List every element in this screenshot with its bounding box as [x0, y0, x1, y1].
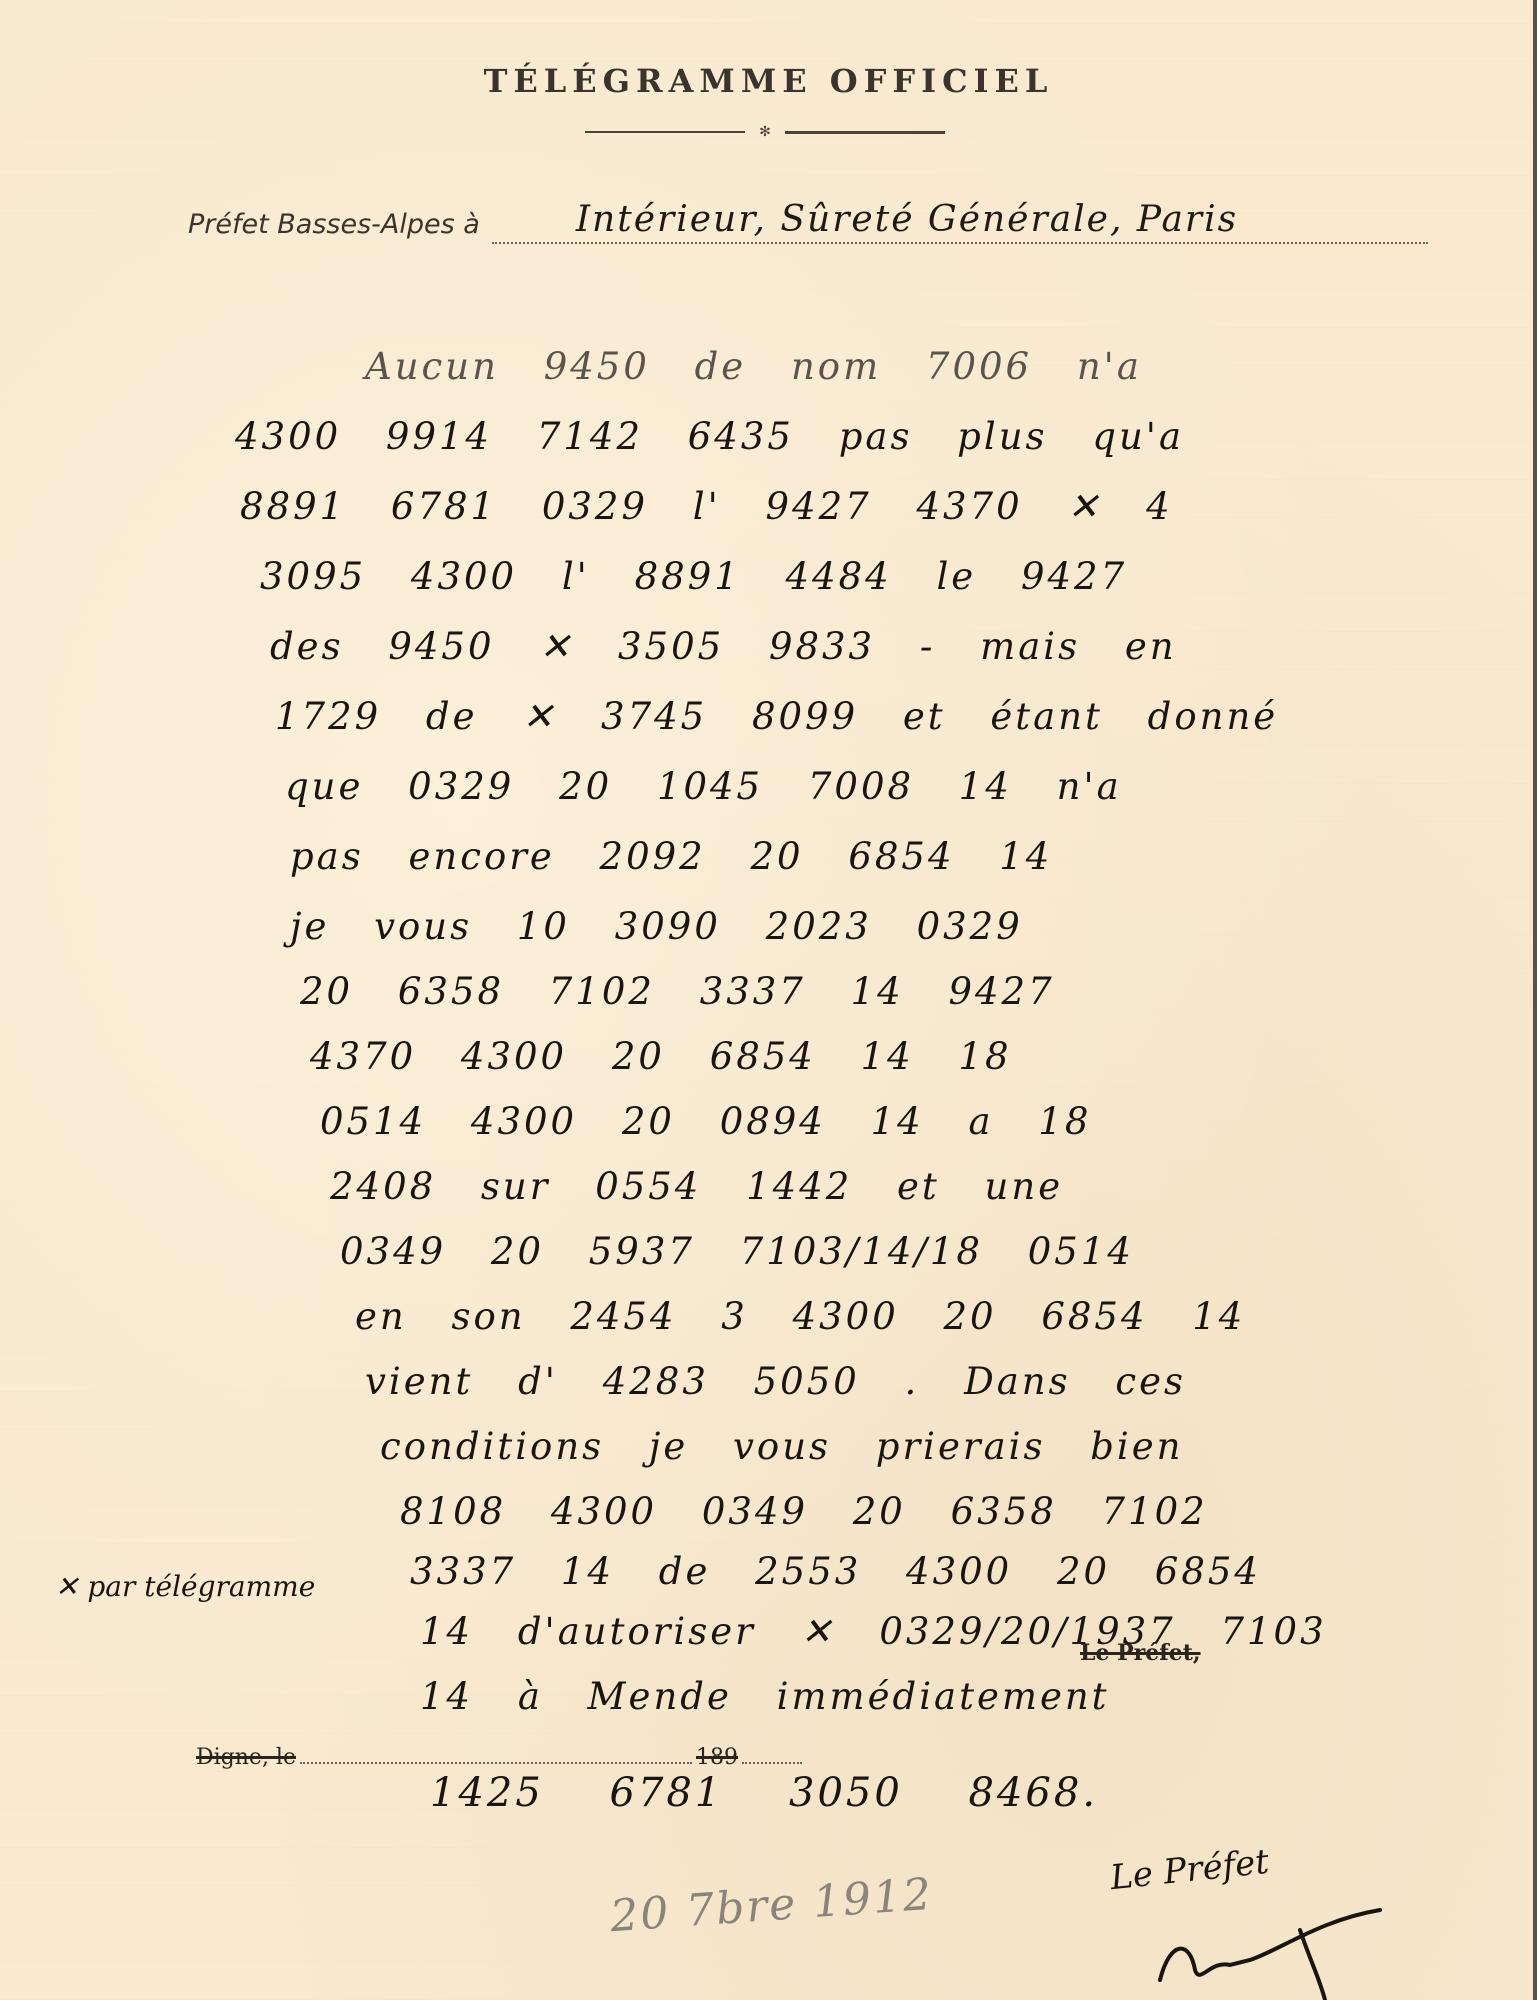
place-date-row: Digne, le 189: [196, 1740, 806, 1770]
divider-rule-right: [785, 131, 945, 134]
page-edge: [1533, 0, 1537, 2000]
form-title: TÉLÉGRAMME OFFICIEL: [0, 62, 1537, 100]
message-line: 8108 4300 0349 20 6358 7102: [400, 1490, 1208, 1533]
signature-icon: [1150, 1900, 1390, 2000]
message-line: je vous 10 3090 2023 0329: [290, 905, 1023, 948]
closing-cipher-groups: 1425 6781 3050 8468.: [430, 1770, 1098, 1816]
printed-signature-label-struck: Le Préfet,: [1080, 1640, 1201, 1666]
dotted-leader: [300, 1762, 692, 1764]
message-line: que 0329 20 1045 7008 14 n'a: [285, 765, 1122, 808]
message-line: 0349 20 5937 7103/14/18 0514: [340, 1230, 1134, 1273]
signature-title: Le Préfet: [1108, 1842, 1270, 1898]
recipient-field: Intérieur, Sûreté Générale, Paris: [492, 198, 1428, 244]
message-line: des 9450 ✕ 3505 9833 - mais en: [270, 625, 1177, 668]
message-line: 1729 de ✕ 3745 8099 et étant donné: [275, 695, 1278, 738]
message-line: 20 6358 7102 3337 14 9427: [300, 970, 1055, 1013]
message-line: 2408 sur 0554 1442 et une: [330, 1165, 1063, 1208]
message-line: 8891 6781 0329 l' 9427 4370 ✕ 4: [240, 485, 1173, 528]
message-line: 14 à Mende immédiatement: [420, 1675, 1110, 1718]
recipient-handwritten: Intérieur, Sûreté Générale, Paris: [576, 199, 1238, 240]
ornament-icon: ✻: [745, 125, 785, 139]
message-line: 4300 9914 7142 6435 pas plus qu'a: [235, 415, 1184, 458]
message-line: 3095 4300 l' 8891 4484 le 9427: [260, 555, 1127, 598]
dotted-leader-end: [742, 1762, 802, 1764]
margin-note: ✕ par télégramme: [55, 1570, 315, 1603]
divider-rule-left: [585, 131, 745, 133]
year-label-struck: 189: [696, 1745, 738, 1770]
pencil-date: 20 7bre 1912: [609, 1869, 935, 1942]
message-line: conditions je vous prierais bien: [380, 1425, 1183, 1468]
place-label-struck: Digne, le: [196, 1745, 296, 1770]
message-line: Aucun 9450 de nom 7006 n'a: [365, 345, 1142, 388]
message-line: 4370 4300 20 6854 14 18: [310, 1035, 1012, 1078]
message-line: 3337 14 de 2553 4300 20 6854: [410, 1550, 1261, 1593]
message-line: vient d' 4283 5050 . Dans ces: [365, 1360, 1186, 1403]
message-line: pas encore 2092 20 6854 14: [290, 835, 1052, 878]
ornamental-divider: ✻: [580, 125, 950, 139]
message-line: en son 2454 3 4300 20 6854 14: [355, 1295, 1245, 1338]
sender-row: Préfet Basses-Alpes à Intérieur, Sûreté …: [188, 200, 1428, 244]
message-line: 0514 4300 20 0894 14 a 18: [320, 1100, 1091, 1143]
sender-label: Préfet Basses-Alpes à: [188, 209, 480, 244]
